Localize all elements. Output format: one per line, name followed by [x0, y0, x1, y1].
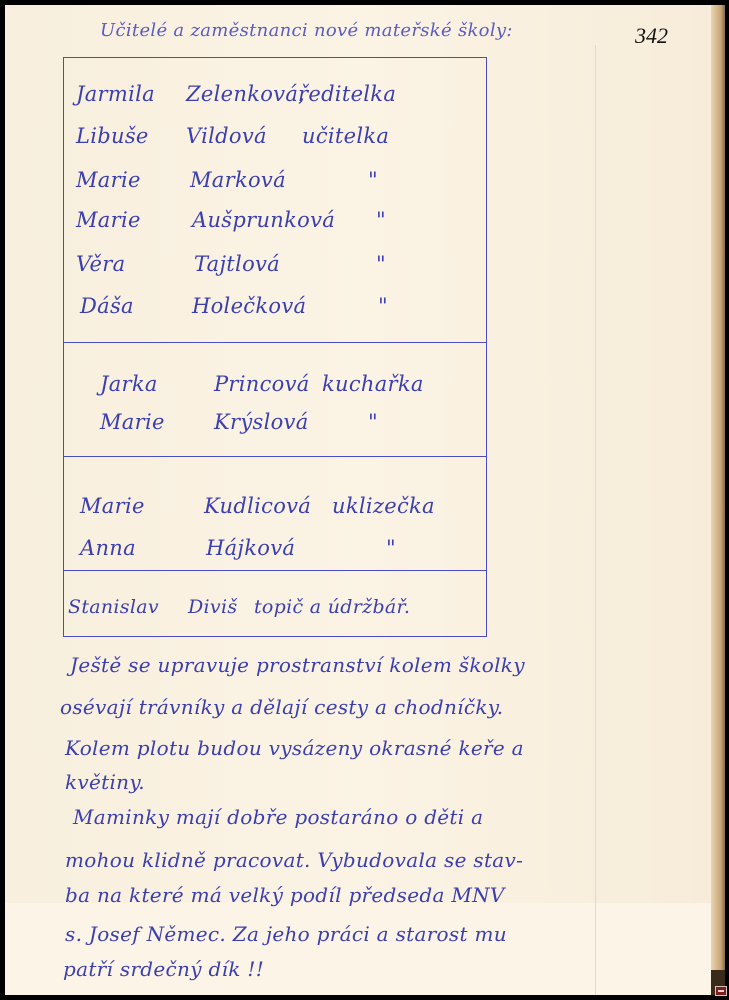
last-name: Aušprunková	[192, 208, 335, 232]
scan-lighter-strip	[5, 903, 715, 995]
role: "	[376, 252, 386, 276]
book-edge	[711, 5, 725, 995]
page-number: 342	[635, 23, 668, 49]
paragraph-line: Maminky mají dobře postaráno o děti a	[73, 805, 483, 829]
scanned-page: Učitelé a zaměstnanci nové mateřské škol…	[5, 5, 725, 995]
last-name: Princová	[214, 372, 310, 396]
paragraph-line: patří srdečný dík !!	[63, 957, 264, 981]
last-name: Vildová	[186, 124, 267, 148]
paragraph-line: květiny.	[65, 770, 145, 794]
last-name: Diviš	[188, 596, 237, 618]
last-name: Zelenková,	[186, 82, 305, 106]
first-name: Anna	[80, 536, 136, 560]
last-name: Kudlicová	[204, 494, 311, 518]
group-divider	[64, 342, 486, 343]
first-name: Libuše	[76, 124, 149, 148]
role: "	[368, 410, 378, 434]
role: "	[376, 208, 386, 232]
group-divider	[64, 456, 486, 457]
first-name: Marie	[100, 410, 165, 434]
first-name: Stanislav	[68, 596, 159, 618]
first-name: Věra	[76, 252, 125, 276]
first-name: Jarmila	[76, 82, 155, 106]
paragraph-line: mohou klidně pracovat. Vybudovala se sta…	[65, 848, 523, 872]
last-name: Tajtlová	[194, 252, 280, 276]
role: "	[378, 294, 388, 318]
first-name: Marie	[76, 208, 141, 232]
role: "	[386, 536, 396, 560]
role: kuchařka	[322, 372, 424, 396]
role: "	[368, 168, 378, 192]
paragraph-line: Kolem plotu budou vysázeny okrasné keře …	[65, 736, 524, 760]
last-name: Hájková	[206, 536, 295, 560]
staff-table: Jarmila Zelenková, ředitelka Libuše Vild…	[63, 57, 487, 637]
first-name: Jarka	[100, 372, 158, 396]
first-name: Marie	[80, 494, 145, 518]
role: uklizečka	[332, 494, 435, 518]
minimize-icon[interactable]	[715, 986, 727, 996]
role: učitelka	[302, 124, 389, 148]
last-name: Marková	[190, 168, 286, 192]
last-name: Holečková	[192, 294, 306, 318]
paragraph-line: osévají trávníky a dělají cesty a chodní…	[60, 695, 503, 719]
first-name: Marie	[76, 168, 141, 192]
paragraph-line: s. Josef Němec. Za jeho práci a starost …	[65, 922, 507, 946]
page-heading: Učitelé a zaměstnanci nové mateřské škol…	[100, 20, 513, 41]
group-divider	[64, 570, 486, 571]
margin-line	[595, 45, 596, 995]
role: topič a údržbář.	[254, 596, 410, 618]
first-name: Dáša	[80, 294, 134, 318]
paragraph-line: Ještě se upravuje prostranství kolem ško…	[70, 653, 525, 677]
paragraph-line: ba na které má velký podíl předseda MNV	[65, 883, 505, 907]
role: ředitelka	[298, 82, 396, 106]
last-name: Krýslová	[214, 410, 309, 434]
